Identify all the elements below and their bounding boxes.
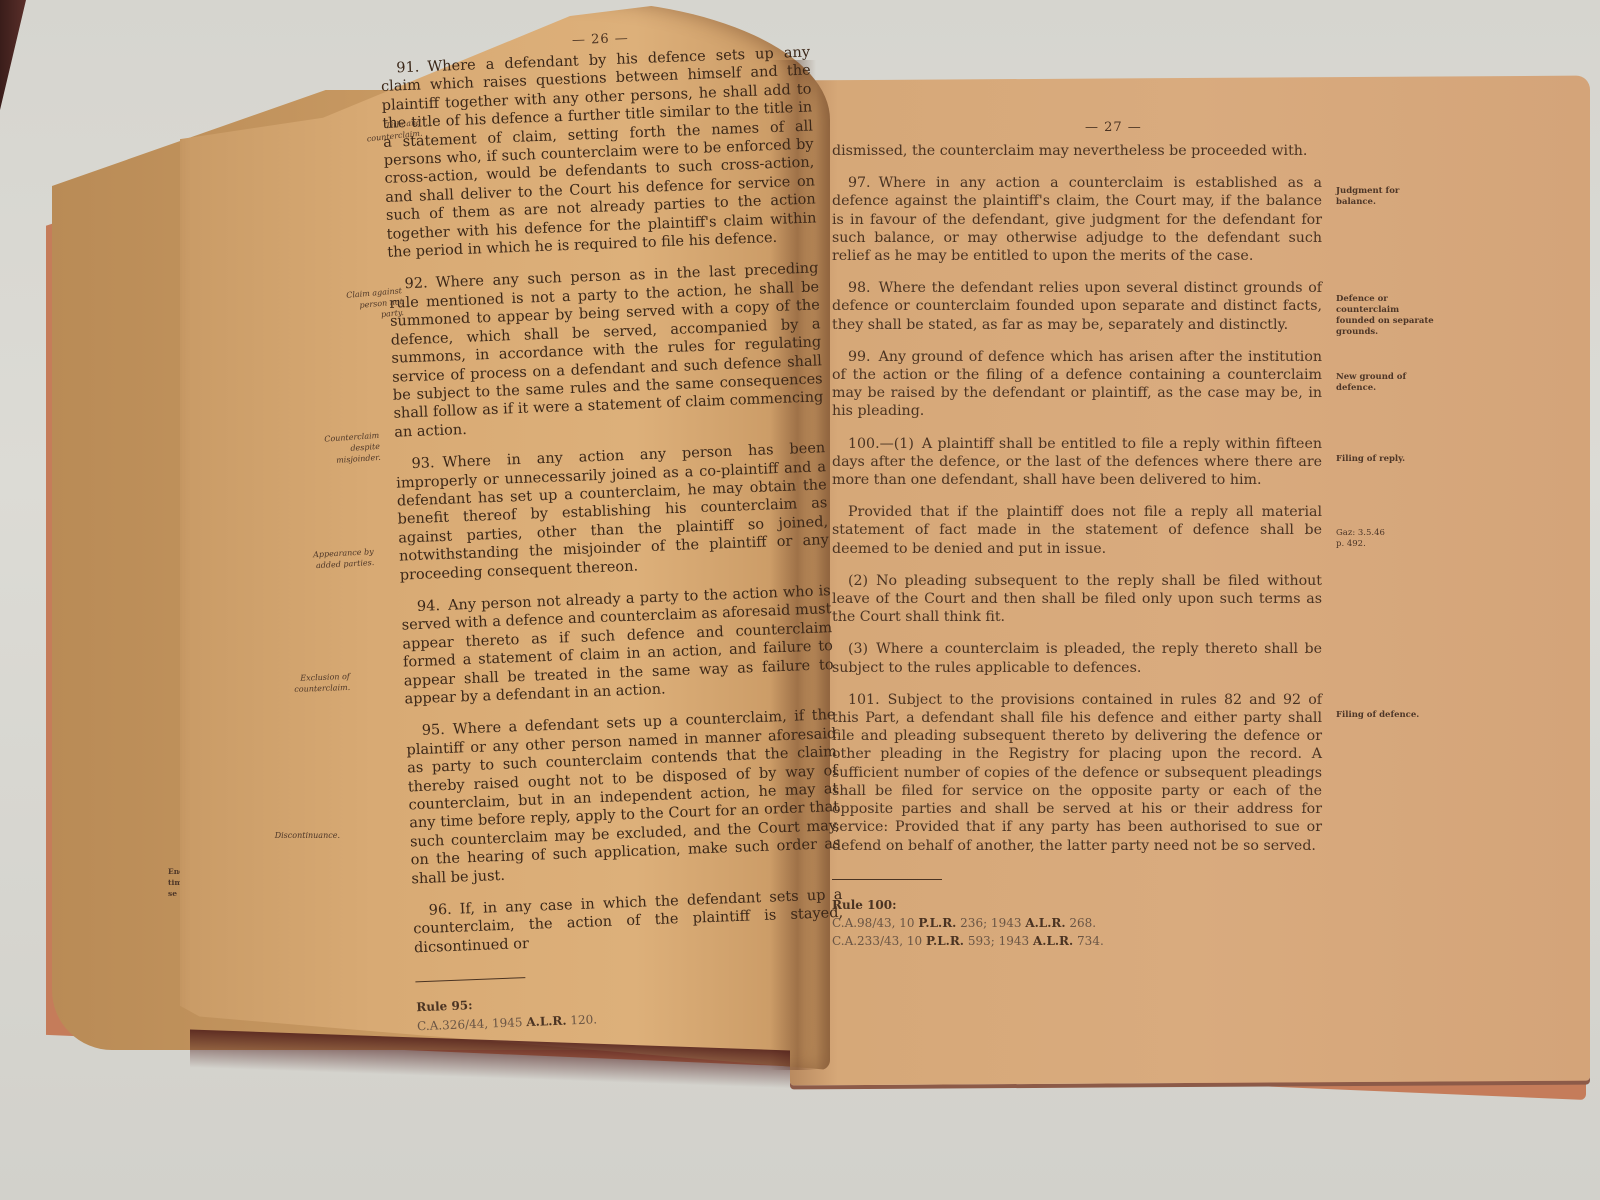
footnote-citation: C.A.98/43, 10 P.L.R. 236; 1943 A.L.R. 26… — [832, 914, 1322, 932]
rule-number: 98. — [848, 280, 871, 296]
footnote-title: Rule 100: — [832, 896, 1322, 914]
margin-note-filing-reply: Filing of reply. — [1336, 454, 1446, 465]
page-number-left: — 26 — — [572, 31, 629, 48]
paragraph: 99.Any ground of defence which has arise… — [832, 348, 1322, 421]
paragraph: 91.Where a defendant by his defence sets… — [380, 43, 817, 262]
citation-reporter: A.L.R. — [526, 1013, 567, 1029]
margin-note-claim-against-person: Claim against person not party. — [334, 285, 405, 324]
paragraph: 98.Where the defendant relies upon sever… — [832, 279, 1322, 334]
rule-number: 97. — [848, 175, 871, 191]
rule-number: 99. — [848, 349, 871, 365]
rule-number: 93. — [411, 455, 435, 472]
citation-page: 120. — [570, 1012, 597, 1027]
margin-note-discontinuance: Discontinuance. — [270, 830, 340, 841]
citation-page: 268. — [1069, 916, 1096, 930]
margin-note-gazette: Gaz: 3.5.46 p. 492. — [1336, 528, 1386, 550]
paragraph-text: Where a counterclaim is pleaded, the rep… — [832, 641, 1322, 675]
paragraph: 100.—(1)A plaintiff shall be entitled to… — [832, 435, 1322, 490]
citation-reporter: P.L.R. — [918, 916, 956, 930]
citation-page-year: 593; 1943 — [968, 934, 1029, 948]
paragraph: (3)Where a counterclaim is pleaded, the … — [832, 640, 1322, 676]
paragraph: 101.Subject to the provisions contained … — [832, 691, 1322, 855]
margin-note-filing-defence: Filing of defence. — [1336, 710, 1466, 721]
rule-number: 91. — [396, 59, 420, 76]
page-number-right: — 27 — — [1085, 120, 1142, 135]
footnote-divider — [415, 977, 525, 982]
rule-number: 95. — [421, 722, 445, 739]
margin-note-exclusion: Exclusion of counterclaim. — [290, 671, 351, 695]
citation-reporter: P.L.R. — [926, 934, 964, 948]
paragraph: 96.If, in any case in which the defendan… — [412, 886, 844, 958]
paragraph-text: Where in any action any person has been … — [396, 440, 829, 583]
citation-page-year: 236; 1943 — [960, 916, 1021, 930]
footnote-divider — [832, 879, 942, 880]
paragraph-text: Where in any action a counterclaim is es… — [832, 175, 1322, 264]
paragraph: 93.Where in any action any person has be… — [395, 439, 830, 584]
citation-ref: C.A.98/43, 10 — [832, 916, 915, 930]
footnote-citation: C.A.233/43, 10 P.L.R. 593; 1943 A.L.R. 7… — [832, 932, 1322, 950]
rule-number: (2) — [848, 573, 868, 589]
paragraph-text: No pleading subsequent to the reply shal… — [832, 573, 1322, 625]
paragraph: Provided that if the plaintiff does not … — [832, 503, 1322, 558]
paragraph-text: Where a defendant by his defence sets up… — [381, 44, 817, 260]
paragraph: 95.Where a defendant sets up a countercl… — [405, 706, 841, 888]
paragraph: 94.Any person not already a party to the… — [401, 582, 835, 709]
left-paragraph-list: 91.Where a defendant by his defence sets… — [380, 43, 844, 957]
rule-number: 92. — [404, 276, 428, 293]
paragraph-text: Provided that if the plaintiff does not … — [832, 504, 1322, 556]
rule-number: (3) — [848, 641, 868, 657]
rule-number: 94. — [417, 598, 441, 615]
citation-reporter: A.L.R. — [1033, 934, 1073, 948]
paragraph-text: dismissed, the counterclaim may neverthe… — [832, 143, 1307, 159]
citation-ref: C.A.326/44, 1945 — [417, 1015, 523, 1033]
left-page-body: 91.Where a defendant by his defence sets… — [380, 43, 847, 1034]
paragraph: 92.Where any such person as in the last … — [388, 260, 824, 442]
rule-number: 101. — [848, 692, 880, 708]
paragraph-text: Where any such person as in the last pre… — [389, 261, 824, 441]
margin-note-judgment-balance: Judgment for balance. — [1336, 186, 1412, 208]
paragraph-text: Subject to the provisions contained in r… — [832, 692, 1322, 854]
paragraph-text: Any ground of defence which has arisen a… — [832, 349, 1322, 420]
rule-number: 100.—(1) — [848, 436, 914, 452]
citation-page: 734. — [1077, 934, 1104, 948]
paragraph-text: Where a defendant sets up a counterclaim… — [406, 707, 841, 887]
right-paragraph-list: dismissed, the counterclaim may neverthe… — [832, 142, 1322, 855]
dark-corner-shadow — [0, 0, 26, 110]
citation-ref: C.A.233/43, 10 — [832, 934, 922, 948]
citation-reporter: A.L.R. — [1025, 916, 1065, 930]
margin-note-appearance: Appearance by added parties. — [299, 546, 374, 572]
margin-note-separate-grounds: Defence or counterclaim founded on separ… — [1336, 294, 1440, 338]
margin-note-new-ground: New ground of defence. — [1336, 372, 1416, 394]
paragraph: (2)No pleading subsequent to the reply s… — [832, 572, 1322, 627]
paragraph-text: Any person not already a party to the ac… — [401, 583, 833, 707]
margin-note-counterclaim-misjoinder: Counterclaim despite misjoinder. — [317, 430, 381, 467]
paragraph-text: If, in any case in which the defendant s… — [413, 887, 843, 956]
paragraph: dismissed, the counterclaim may neverthe… — [832, 142, 1322, 160]
paragraph-text: Where the defendant relies upon several … — [832, 280, 1322, 332]
rule-number: 96. — [428, 902, 452, 919]
paragraph: 97.Where in any action a counterclaim is… — [832, 174, 1322, 265]
right-page-body: dismissed, the counterclaim may neverthe… — [832, 142, 1322, 950]
